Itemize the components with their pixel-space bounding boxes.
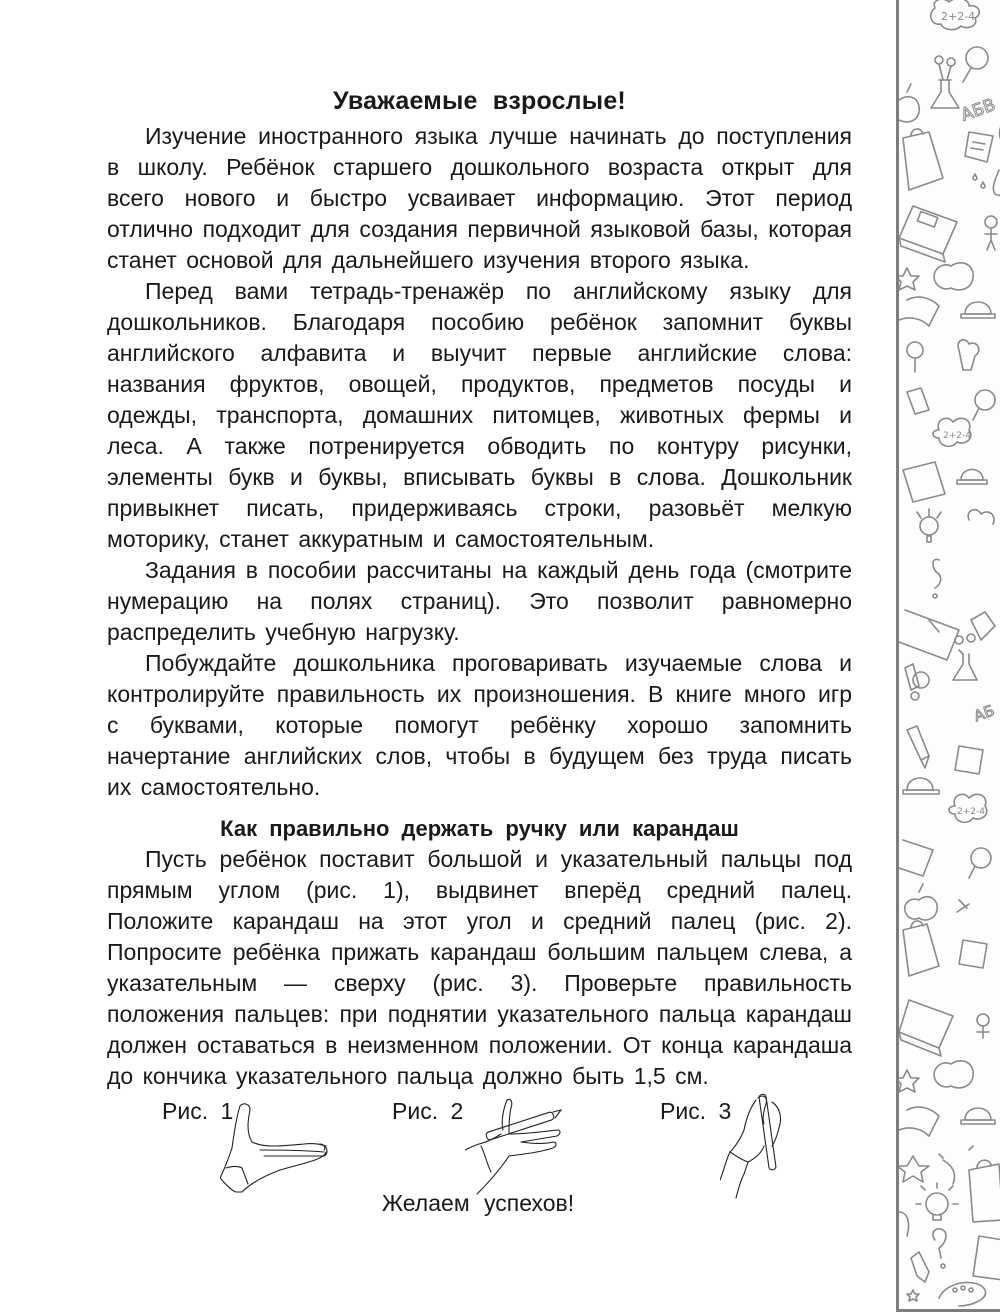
svg-text:АБВ: АБВ	[959, 95, 999, 126]
paragraph-1: Изучение иностранного языка лучше начина…	[107, 121, 852, 276]
paragraph-3: Задания в пособии рассчитаны на каждый д…	[107, 555, 852, 648]
figures-row: Рис. 1 Рис. 2	[140, 1090, 840, 1200]
decorative-margin-strip: 2+2-4 АБВ	[896, 0, 1000, 1312]
hand-holding-pencil-icon	[720, 1090, 800, 1200]
section-paragraph: Пусть ребёнок поставит большой и указате…	[107, 844, 852, 1092]
svg-text:2+2-4: 2+2-4	[941, 10, 975, 23]
figure-2-label: Рис. 2	[392, 1098, 463, 1125]
svg-text:2+2-4: 2+2-4	[943, 431, 971, 441]
paragraph-4: Побуждайте дошкольника проговаривать изу…	[107, 648, 852, 803]
closing-wish: Желаем успехов!	[0, 1190, 956, 1217]
school-doodles-icon: 2+2-4 АБВ	[899, 0, 1000, 1309]
page-title: Уважаемые взрослые!	[107, 84, 852, 118]
svg-text:АБ: АБ	[971, 701, 996, 725]
page: Уважаемые взрослые! Изучение иностранног…	[0, 0, 896, 1312]
main-content: Уважаемые взрослые! Изучение иностранног…	[107, 84, 852, 1092]
hand-right-angle-icon	[220, 1098, 350, 1194]
svg-text:2+2-4: 2+2-4	[957, 807, 985, 817]
hand-pencil-on-finger-icon	[465, 1098, 580, 1198]
paragraph-2: Перед вами тетрадь-тренажёр по английско…	[107, 276, 852, 555]
section-title: Как правильно держать ручку или карандаш	[107, 813, 852, 844]
